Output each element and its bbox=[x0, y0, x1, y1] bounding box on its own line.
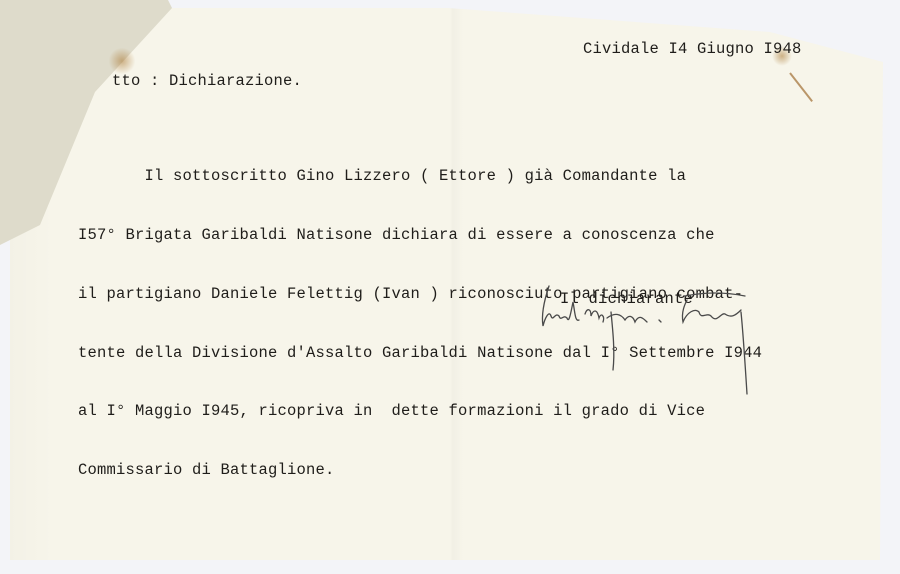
body-line: al I° Maggio I945, ricopriva in dette fo… bbox=[78, 402, 762, 422]
body-line: I57° Brigata Garibaldi Natisone dichiara… bbox=[78, 226, 762, 246]
body-line: Il sottoscritto Gino Lizzero ( Ettore ) … bbox=[78, 167, 762, 187]
rust-stain bbox=[108, 48, 136, 74]
document-scan: Cividale I4 Giugno I948 tto : Dichiarazi… bbox=[0, 0, 900, 574]
subject-line: tto : Dichiarazione. bbox=[112, 72, 302, 90]
date-line: Cividale I4 Giugno I948 bbox=[583, 40, 802, 58]
body-line: Commissario di Battaglione. bbox=[78, 461, 762, 481]
handwritten-signature bbox=[535, 282, 775, 402]
